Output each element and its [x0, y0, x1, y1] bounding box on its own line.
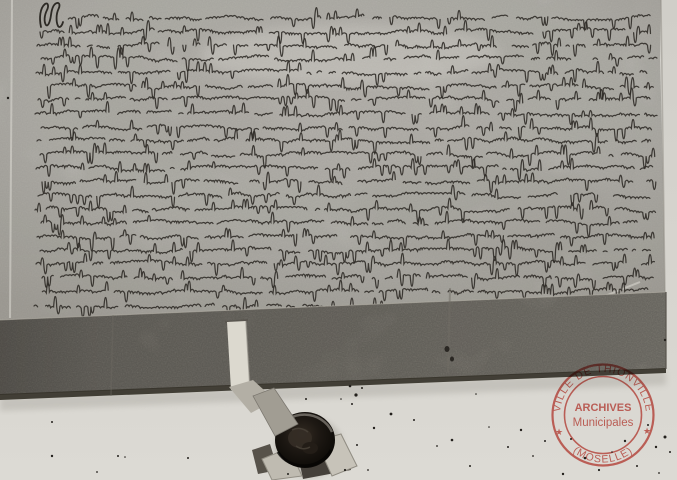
- speck: [356, 444, 358, 446]
- speck: [475, 393, 477, 395]
- speck: [669, 451, 671, 453]
- speck: [349, 385, 352, 388]
- stamp-center-line1: ARCHIVES: [575, 402, 632, 414]
- speck: [96, 471, 98, 473]
- speck: [624, 440, 626, 442]
- speck: [351, 403, 353, 405]
- speck: [51, 421, 53, 423]
- speck: [658, 472, 660, 474]
- speck: [187, 457, 189, 459]
- speck: [361, 387, 363, 389]
- speck: [655, 446, 657, 448]
- speck: [532, 455, 534, 457]
- speck: [7, 97, 9, 99]
- speck: [367, 469, 369, 471]
- speck: [413, 419, 415, 421]
- speck: [664, 436, 667, 439]
- speck: [520, 429, 522, 431]
- speck: [390, 413, 393, 416]
- speck: [664, 339, 666, 341]
- stamp-center-line2: Municipales: [573, 417, 634, 429]
- speck: [344, 469, 346, 471]
- parchment: [0, 0, 677, 330]
- speck: [305, 398, 307, 400]
- stamp-star-right-icon: ★: [643, 426, 651, 436]
- charter-photo: VILLE DE THIONVILLE (MOSELLE) ARCHIVES M…: [0, 0, 677, 480]
- speck: [488, 426, 490, 428]
- speck: [507, 446, 509, 448]
- speck: [436, 445, 438, 447]
- speck: [354, 393, 357, 396]
- speck: [544, 440, 546, 442]
- speck: [451, 439, 454, 442]
- speck: [51, 455, 53, 457]
- speck: [598, 469, 600, 471]
- speck: [117, 455, 119, 457]
- speck: [124, 456, 126, 458]
- speck: [287, 473, 289, 475]
- speck: [562, 473, 564, 475]
- speck: [636, 465, 638, 467]
- stamp-star-left-icon: ★: [555, 427, 563, 437]
- speck: [340, 398, 342, 400]
- speck: [469, 465, 471, 467]
- speck: [373, 427, 375, 429]
- archive-photograph: VILLE DE THIONVILLE (MOSELLE) ARCHIVES M…: [0, 0, 677, 480]
